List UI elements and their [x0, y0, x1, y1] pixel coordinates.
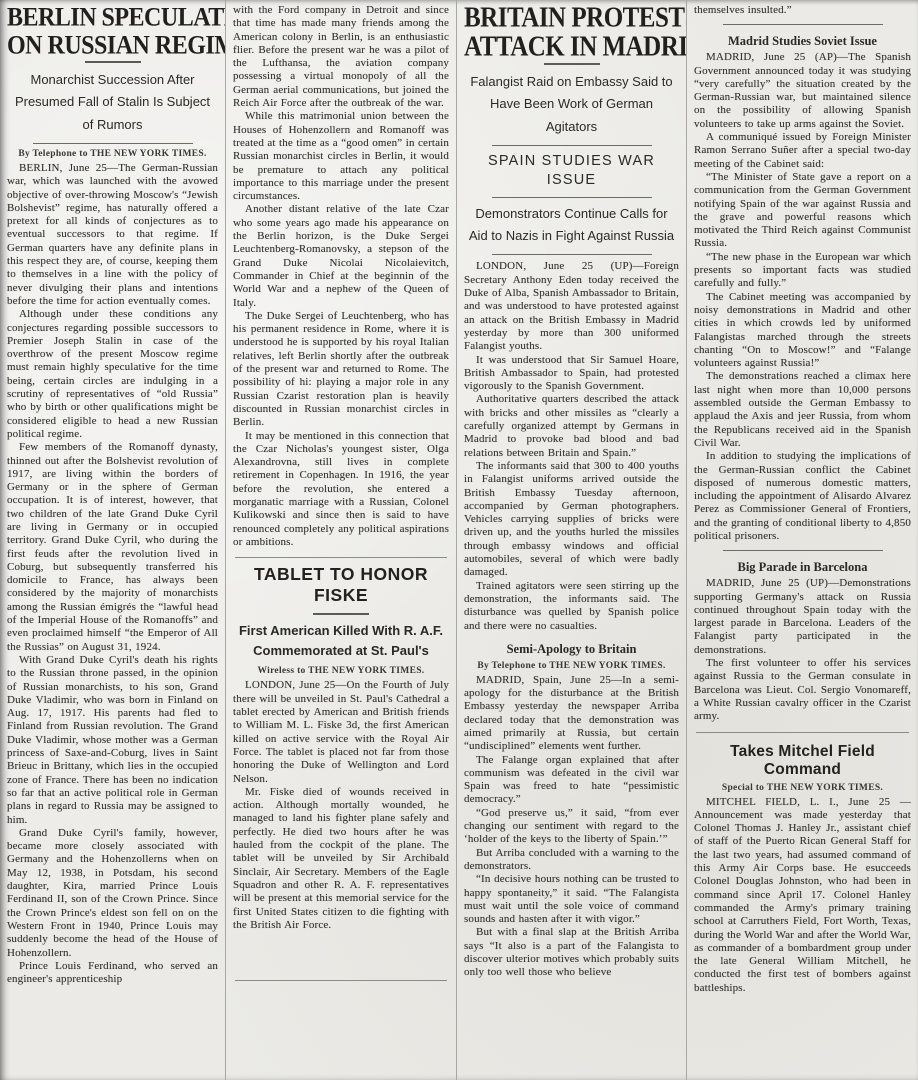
divider	[235, 557, 447, 558]
paragraph: But with a final slap at the British Arr…	[464, 926, 679, 979]
paragraph: Grand Duke Cyril's family, however, beca…	[7, 827, 218, 960]
britain-headline-line2: ATTACK IN MADRID	[464, 33, 679, 62]
fiske-byline: Wireless to THE NEW YORK TIMES.	[233, 666, 449, 676]
paragraph: “The new phase in the European war which…	[694, 251, 911, 291]
berlin-headline-line2: ON RUSSIAN REGIME	[7, 32, 218, 60]
fiske-article: TABLET TO HONOR FISKE First American Kil…	[233, 557, 449, 932]
newspaper-page: BERLIN SPECULATES ON RUSSIAN REGIME Mona…	[0, 0, 918, 1080]
paragraph: It may be mentioned in this connection t…	[233, 430, 449, 550]
paragraph: Authoritative quarters described the att…	[464, 393, 679, 459]
divider	[492, 145, 652, 146]
divider	[723, 550, 883, 551]
paragraph: with the Ford company in Detroit and sin…	[233, 4, 449, 110]
paragraph: A communiqué issued by Foreign Minister …	[694, 131, 911, 171]
divider	[235, 980, 447, 981]
britain-deck2: SPAIN STUDIES WAR ISSUE	[464, 152, 679, 190]
barcelona-body: MADRID, June 25 (UP)—Demonstrations supp…	[694, 577, 911, 723]
mitchel-byline: Special to THE NEW YORK TIMES.	[694, 783, 911, 793]
paragraph: Trained agitators were seen stirring up …	[464, 580, 679, 633]
divider	[544, 63, 600, 65]
column-1: BERLIN SPECULATES ON RUSSIAN REGIME Mona…	[0, 0, 226, 1080]
britain-subhead: Semi-Apology to Britain	[464, 642, 679, 657]
paragraph: BERLIN, June 25—The German-Russian war, …	[7, 162, 218, 308]
column-2: with the Ford company in Detroit and sin…	[226, 0, 457, 1080]
fiske-deck: First American Killed With R. A.F. Comme…	[233, 621, 449, 661]
paragraph: LONDON, June 25 (UP)—Foreign Secretary A…	[464, 260, 679, 353]
fiske-headline: TABLET TO HONOR FISKE	[233, 564, 449, 606]
paragraph: Few members of the Romanoff dynasty, thi…	[7, 441, 218, 654]
divider	[313, 613, 369, 615]
madrid-soviet-body: MADRID, June 25 (AP)—The Spanish Governm…	[694, 51, 911, 543]
paragraph: MADRID, June 25 (UP)—Demonstrations supp…	[694, 577, 911, 657]
paragraph: Although under these conditions any conj…	[7, 308, 218, 441]
berlin-deck: Monarchist Succession After Presumed Fal…	[9, 69, 216, 136]
britain-body: LONDON, June 25 (UP)—Foreign Secretary A…	[464, 260, 679, 632]
paragraph: In addition to studying the implications…	[694, 450, 911, 543]
paragraph: Mr. Fiske died of wounds received in act…	[233, 786, 449, 932]
paragraph: “God preserve us,” it said, “from ever c…	[464, 807, 679, 847]
britain-headline-line1: BRITAIN PROTESTS	[464, 4, 679, 33]
paragraph: It was understood that Sir Samuel Hoare,…	[464, 354, 679, 394]
divider	[696, 732, 909, 733]
paragraph: “In decisive hours nothing can be truste…	[464, 873, 679, 926]
paragraph: MADRID, Spain, June 25—In a semi-apology…	[464, 674, 679, 754]
paragraph: Prince Louis Ferdinand, who served an en…	[7, 960, 218, 987]
paragraph: The informants said that 300 to 400 yout…	[464, 460, 679, 580]
column-3: BRITAIN PROTESTS ATTACK IN MADRID Falang…	[457, 0, 687, 1080]
divider	[492, 197, 652, 198]
madrid-soviet-subhead: Madrid Studies Soviet Issue	[694, 34, 911, 49]
divider	[85, 61, 141, 63]
paragraph: With Grand Duke Cyril's death his rights…	[7, 654, 218, 827]
britain-sub-body: MADRID, Spain, June 25—In a semi-apology…	[464, 674, 679, 980]
divider	[492, 254, 652, 255]
berlin-headline: BERLIN SPECULATES ON RUSSIAN REGIME	[7, 4, 218, 60]
paragraph: MITCHEL FIELD, L. I., June 25 —Announcem…	[694, 796, 911, 995]
berlin-body-col1: BERLIN, June 25—The German-Russian war, …	[7, 162, 218, 986]
paragraph: The first volunteer to offer his service…	[694, 657, 911, 723]
paragraph: But Arriba concluded with a warning to t…	[464, 847, 679, 874]
divider	[723, 24, 883, 25]
paragraph: themselves insulted.”	[694, 4, 911, 17]
mitchel-body: MITCHEL FIELD, L. I., June 25 —Announcem…	[694, 796, 911, 995]
blank-space	[233, 932, 449, 972]
column-4: themselves insulted.” Madrid Studies Sov…	[687, 0, 918, 1080]
paragraph: The Cabinet meeting was accompanied by n…	[694, 291, 911, 371]
paragraph: The Falange organ explained that after c…	[464, 754, 679, 807]
paragraph: While this matrimonial union between the…	[233, 110, 449, 203]
paragraph: Another distant relative of the late Cza…	[233, 203, 449, 309]
britain-headline: BRITAIN PROTESTS ATTACK IN MADRID	[464, 4, 679, 62]
paragraph: “The Minister of State gave a report on …	[694, 171, 911, 251]
berlin-headline-line1: BERLIN SPECULATES	[7, 4, 218, 32]
barcelona-subhead: Big Parade in Barcelona	[694, 560, 911, 575]
britain-subhead-byline: By Telephone to THE NEW YORK TIMES.	[464, 661, 679, 671]
divider	[33, 143, 193, 144]
fiske-body: LONDON, June 25—On the Fourth of July th…	[233, 679, 449, 932]
paragraph: MADRID, June 25 (AP)—The Spanish Governm…	[694, 51, 911, 131]
britain-deck1: Falangist Raid on Embassy Said to Have B…	[466, 71, 677, 138]
britain-deck3: Demonstrators Continue Calls for Aid to …	[466, 203, 677, 248]
mitchel-headline: Takes Mitchel Field Command	[694, 743, 911, 779]
paragraph: The Duke Sergei of Leuchtenberg, who has…	[233, 310, 449, 430]
berlin-byline: By Telephone to THE NEW YORK TIMES.	[7, 149, 218, 159]
paragraph: LONDON, June 25—On the Fourth of July th…	[233, 679, 449, 785]
berlin-body-col2: with the Ford company in Detroit and sin…	[233, 4, 449, 549]
column4-continuation: themselves insulted.”	[694, 4, 911, 17]
paragraph: The demonstrations reached a climax here…	[694, 370, 911, 450]
